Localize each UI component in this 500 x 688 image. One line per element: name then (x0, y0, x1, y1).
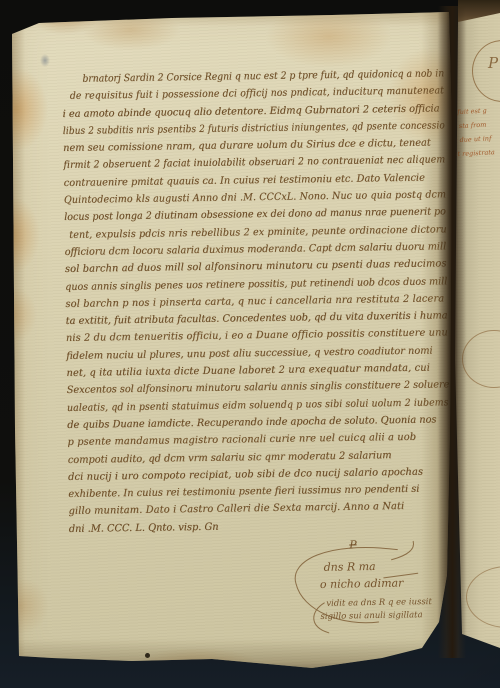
chancery-note-line-1: dns R ma (324, 560, 376, 574)
notary-mark: P (349, 538, 357, 551)
gutter-shadow (438, 6, 466, 658)
wormhole-dot (145, 653, 150, 658)
seal-sketch-circle-middle (462, 330, 500, 388)
seal-circle-glyph: P (488, 54, 498, 72)
bottom-right-shadow (372, 586, 500, 688)
ink-smudge (40, 54, 50, 67)
manuscript-page: brnatorj Sardin 2 Corsice Regni q nuc es… (12, 10, 452, 672)
manuscript-photo: P s fuit est gb sta fromq due ut infst r… (0, 0, 500, 688)
body-text-block: brnatorj Sardin 2 Corsice Regni q nuc es… (62, 65, 459, 538)
